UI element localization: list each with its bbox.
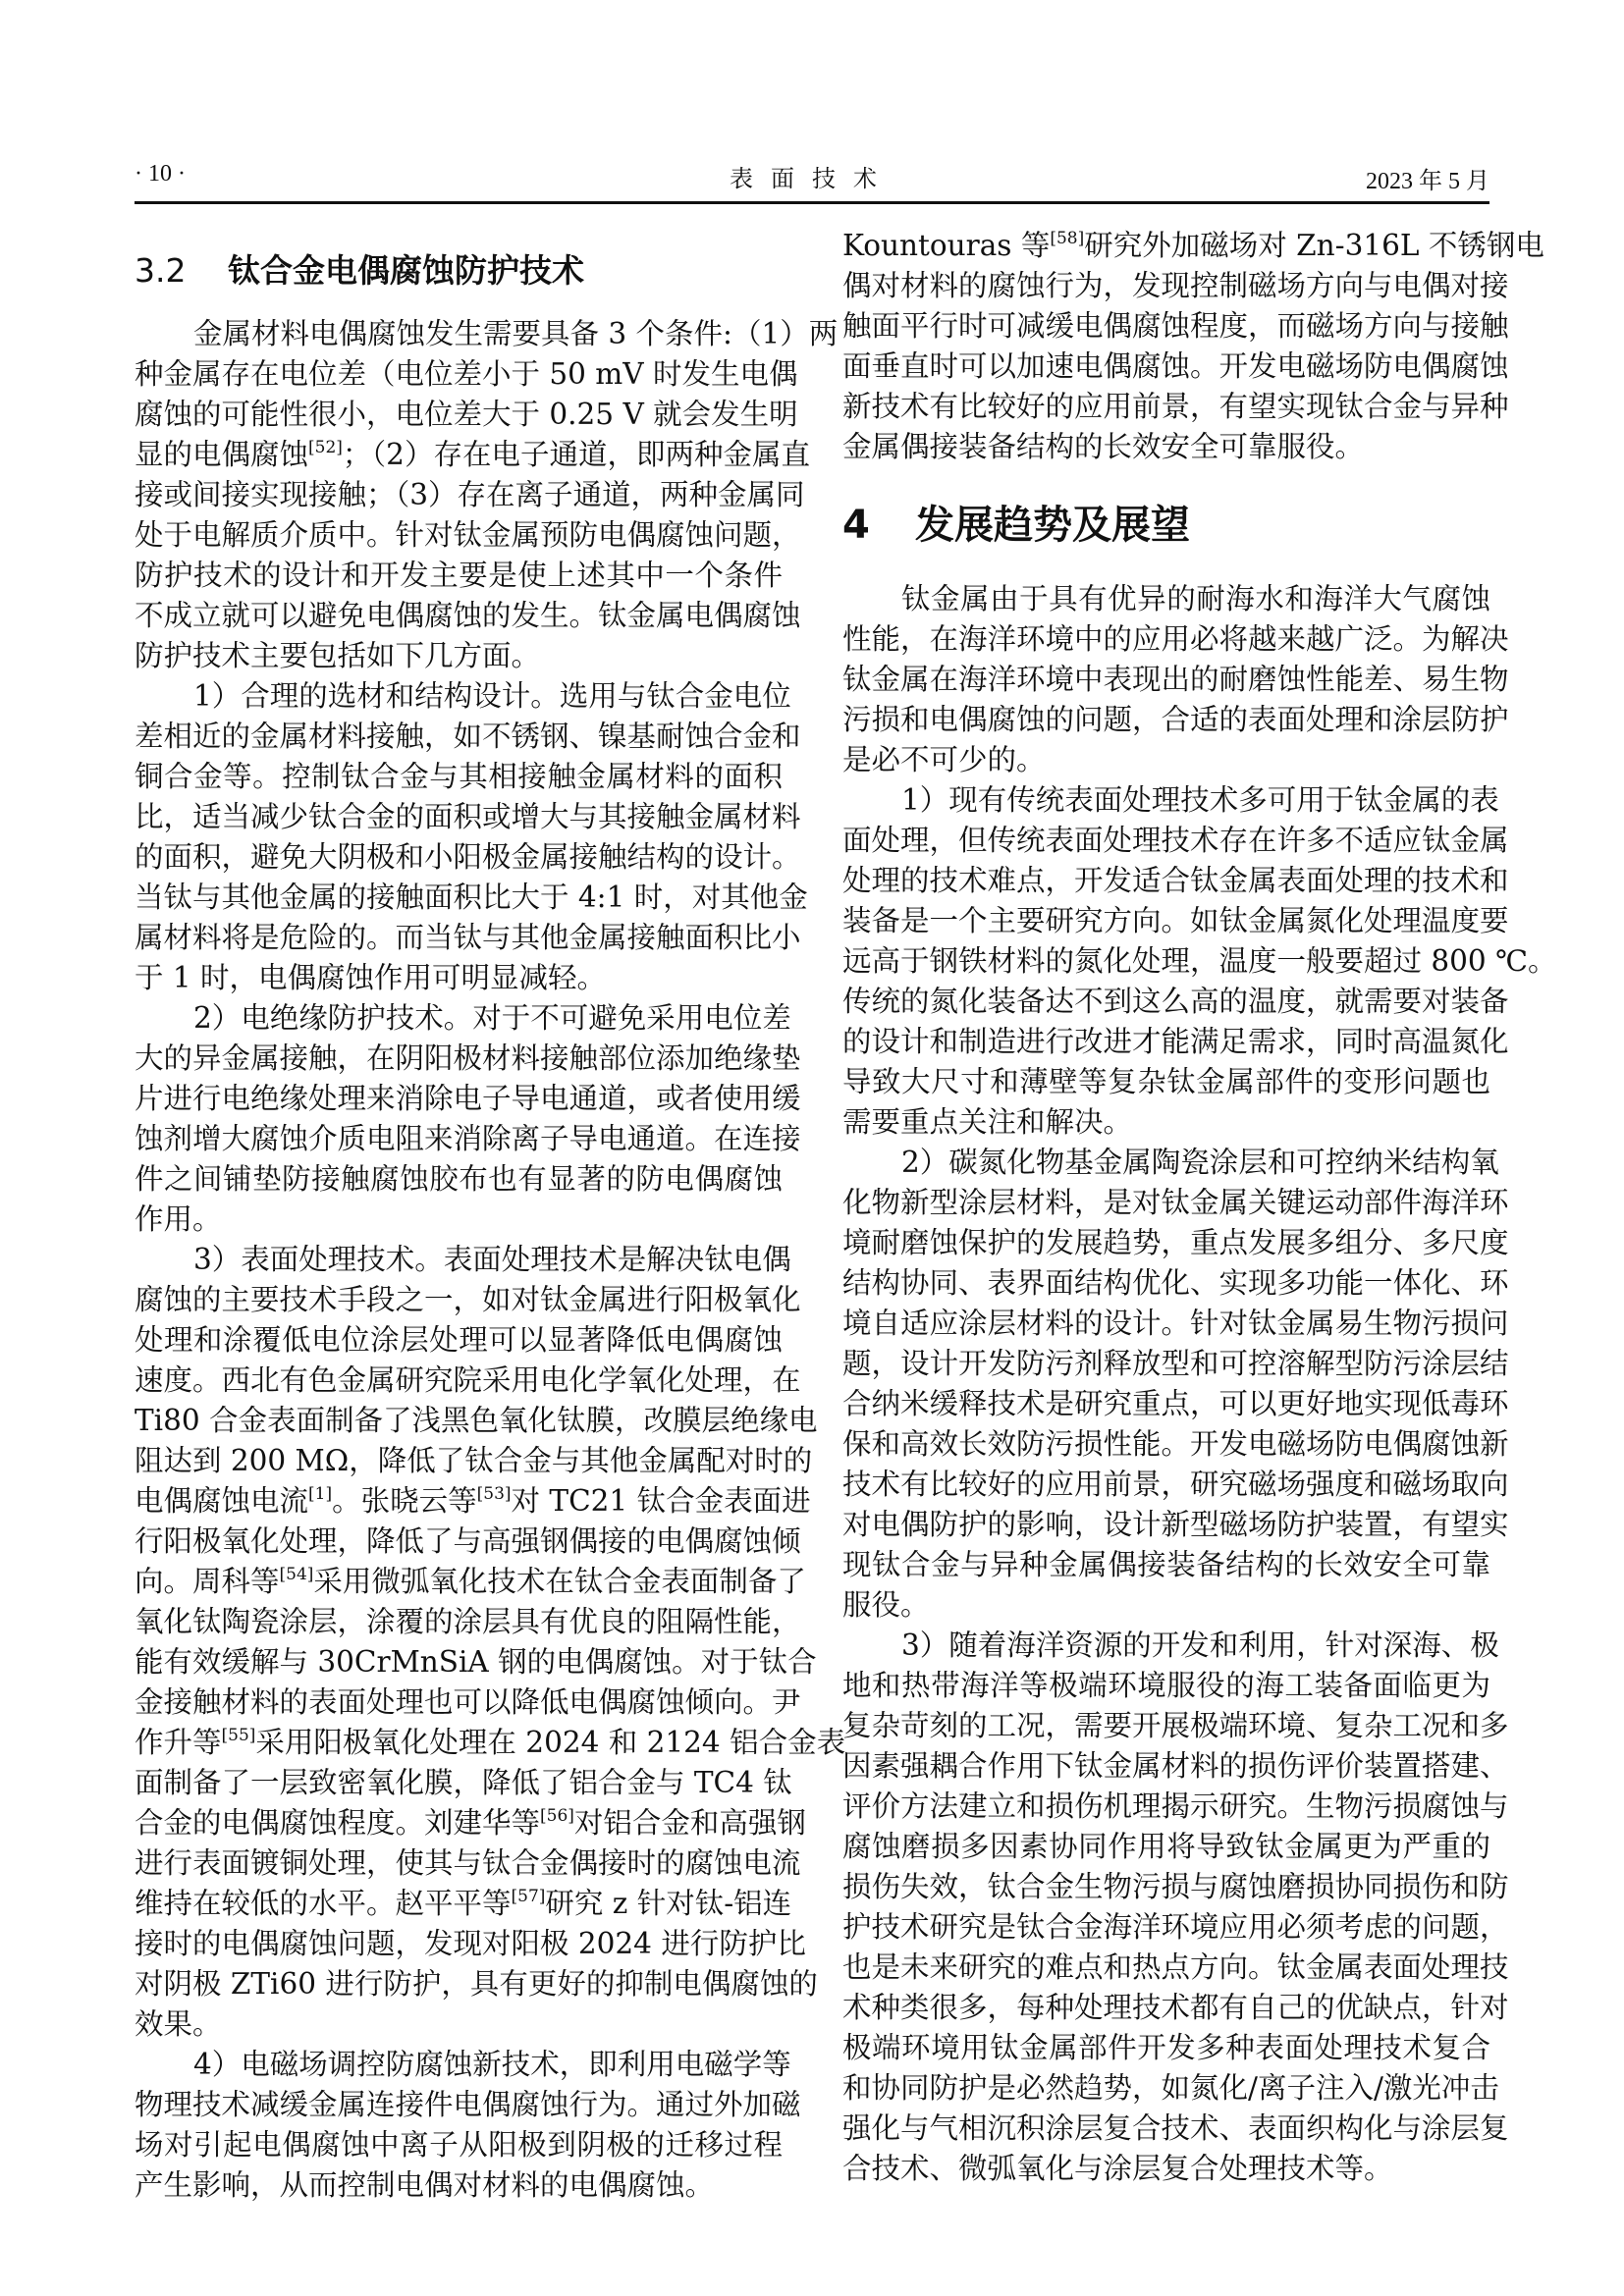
text-line: 作用。 [135,1200,783,1240]
text-line: 偶对材料的腐蚀行为，发现控制磁场方向与电偶对接 [842,266,1490,306]
text-line: 题，设计开发防污剂释放型和可控溶解型防污涂层结 [842,1344,1490,1384]
text-line: 比，适当减少钛合金的面积或增大与其接触金属材料 [135,797,783,837]
text-line: 也是未来研究的难点和热点方向。钛金属表面处理技 [842,1948,1490,1988]
text-line: 向。周科等[54]采用微弧氧化技术在钛合金表面制备了 [135,1562,783,1602]
text-line: 金接触材料的表面处理也可以降低电偶腐蚀倾向。尹 [135,1682,783,1723]
text-line: 损伤失效，钛合金生物污损与腐蚀磨损协同损伤和防 [842,1867,1490,1907]
citation-ref[interactable]: [53] [477,1484,512,1504]
text-line: 极端环境用钛金属部件开发多种表面处理技术复合 [842,2028,1490,2068]
text-line: 维持在较低的水平。赵平平等[57]研究 z 针对钛-铝连 [135,1884,783,1924]
text-line: 处理和涂覆低电位涂层处理可以显著降低电偶腐蚀 [135,1320,783,1361]
section-heading-4: 4发展趋势及展望 [842,494,1190,550]
text-line: 服役。 [842,1585,1490,1626]
section-heading-3-2: 3.2钛合金电偶腐蚀防护技术 [135,245,584,292]
text-line: 大的异金属接触，在阴阳极材料接触部位添加绝缘垫 [135,1039,783,1079]
text-line: 境自适应涂层材料的设计。针对钛金属易生物污损问 [842,1304,1490,1344]
text-line: 化物新型涂层材料，是对钛金属关键运动部件海洋环 [842,1183,1490,1223]
text-line: 金属偶接装备结构的长效安全可靠服役。 [842,427,1490,467]
text-line: 污损和电偶腐蚀的问题，合适的表面处理和涂层防护 [842,700,1490,740]
text-line: 件之间铺垫防接触腐蚀胶布也有显著的防电偶腐蚀 [135,1159,783,1200]
text-line: 钛金属在海洋环境中表现出的耐磨蚀性能差、易生物 [842,660,1490,700]
text-line: 面处理，但传统表面处理技术存在许多不适应钛金属 [842,821,1490,861]
text-line: 地和热带海洋等极端环境服役的海工装备面临更为 [842,1666,1490,1706]
text-line: Ti80 合金表面制备了浅黑色氧化钛膜，改膜层绝缘电 [135,1401,783,1441]
running-header: · 10 · 表面技术 2023 年 5 月 [135,157,1489,196]
text-line: 性能，在海洋环境中的应用必将越来越广泛。为解决 [842,619,1490,660]
text-line: 氧化钛陶瓷涂层，涂覆的涂层具有优良的阻隔性能， [135,1602,783,1642]
text-line: 不成立就可以避免电偶腐蚀的发生。钛金属电偶腐蚀 [135,596,783,636]
text-line: 的设计和制造进行改进才能满足需求，同时高温氮化 [842,1022,1490,1062]
text-line: 处理的技术难点，开发适合钛金属表面处理的技术和 [842,861,1490,901]
citation-ref[interactable]: [55] [222,1726,256,1745]
text-line: 和协同防护是必然趋势，如氮化/离子注入/激光冲击 [842,2068,1490,2109]
section-title: 钛合金电偶腐蚀防护技术 [228,251,584,290]
citation-ref[interactable]: [52] [308,438,343,457]
text-line: 装备是一个主要研究方向。如钛金属氮化处理温度要 [842,901,1490,941]
text-line: 当钛与其他金属的接触面积比大于 4:1 时，对其他金 [135,878,783,918]
text-line: 腐蚀的主要技术手段之一，如对钛金属进行阳极氧化 [135,1280,783,1320]
text-line: 进行表面镀铜处理，使其与钛合金偶接时的腐蚀电流 [135,1843,783,1884]
text-line: 术种类很多，每种处理技术都有自己的优缺点，针对 [842,1988,1490,2028]
citation-ref[interactable]: [56] [540,1806,574,1826]
text-line: 传统的氮化装备达不到这么高的温度，就需要对装备 [842,982,1490,1022]
journal-title: 表面技术 [135,159,1489,193]
text-line: 腐蚀磨损多因素协同作用将导致钛金属更为严重的 [842,1827,1490,1867]
text-line: 钛金属由于具有优异的耐海水和海洋大气腐蚀 [842,579,1490,619]
text-line: 片进行电绝缘处理来消除电子导电通道，或者使用缓 [135,1079,783,1119]
text-line: 技术有比较好的应用前景，研究磁场强度和磁场取向 [842,1465,1490,1505]
text-line: 防护技术的设计和开发主要是使上述其中一个条件 [135,556,783,596]
citation-ref[interactable]: [1] [308,1484,332,1504]
text-line: 导致大尺寸和薄壁等复杂钛金属部件的变形问题也 [842,1062,1490,1102]
text-line: 防护技术主要包括如下几方面。 [135,636,783,676]
text-line: 作升等[55]采用阳极氧化处理在 2024 和 2124 铝合金表 [135,1723,783,1763]
text-line: 电偶腐蚀电流[1]。张晓云等[53]对 TC21 钛合金表面进 [135,1481,783,1522]
text-line: 效果。 [135,2004,783,2045]
text-line: 接或间接实现接触；（3）存在离子通道，两种金属同 [135,475,783,515]
text-line: 蚀剂增大腐蚀介质电阻来消除离子导电通道。在连接 [135,1119,783,1159]
text-line: 1）现有传统表面处理技术多可用于钛金属的表 [842,780,1490,821]
text-line: Kountouras 等[58]研究外加磁场对 Zn-316L 不锈钢电 [842,226,1490,266]
text-line: 境耐磨蚀保护的发展趋势，重点发展多组分、多尺度 [842,1223,1490,1263]
section-number: 3.2 [135,251,228,290]
text-line: 产生影响，从而控制电偶对材料的电偶腐蚀。 [135,2165,783,2206]
text-line: 于 1 时，电偶腐蚀作用可明显减轻。 [135,958,783,998]
text-line: 合技术、微弧氧化与涂层复合处理技术等。 [842,2149,1490,2189]
text-line: 因素强耦合作用下钛金属材料的损伤评价装置搭建、 [842,1746,1490,1787]
text-line: 1）合理的选材和结构设计。选用与钛合金电位 [135,676,783,717]
text-line: 对阴极 ZTi60 进行防护，具有更好的抑制电偶腐蚀的 [135,1964,783,2004]
text-line: 行阳极氧化处理，降低了与高强钢偶接的电偶腐蚀倾 [135,1522,783,1562]
text-line: 的面积，避免大阴极和小阳极金属接触结构的设计。 [135,837,783,878]
section-number: 4 [842,503,915,548]
text-line: 能有效缓解与 30CrMnSiA 钢的电偶腐蚀。对于钛合 [135,1642,783,1682]
section-title: 发展趋势及展望 [915,503,1190,548]
text-line: 保和高效长效防污损性能。开发电磁场防电偶腐蚀新 [842,1424,1490,1465]
text-line: 物理技术减缓金属连接件电偶腐蚀行为。通过外加磁 [135,2085,783,2125]
issue-date: 2023 年 5 月 [1366,161,1489,195]
text-line: 现钛合金与异种金属偶接装备结构的长效安全可靠 [842,1545,1490,1585]
text-line: 是必不可少的。 [842,740,1490,780]
text-line: 2）碳氮化物基金属陶瓷涂层和可控纳米结构氧 [842,1143,1490,1183]
text-line: 处于电解质介质中。针对钛金属预防电偶腐蚀问题， [135,515,783,556]
citation-ref[interactable]: [58] [1050,229,1084,248]
text-line: 结构协同、表界面结构优化、实现多功能一体化、环 [842,1263,1490,1304]
text-line: 需要重点关注和解决。 [842,1102,1490,1143]
citation-ref[interactable]: [54] [280,1565,314,1584]
text-line: 腐蚀的可能性很小，电位差大于 0.25 V 就会发生明 [135,395,783,435]
text-line: 差相近的金属材料接触，如不锈钢、镍基耐蚀合金和 [135,717,783,757]
text-line: 对电偶防护的影响，设计新型磁场防护装置，有望实 [842,1505,1490,1545]
text-line: 4）电磁场调控防腐蚀新技术，即利用电磁学等 [135,2045,783,2085]
text-line: 接时的电偶腐蚀问题，发现对阳极 2024 进行防护比 [135,1924,783,1964]
text-line: 属材料将是危险的。而当钛与其他金属接触面积比小 [135,918,783,958]
text-line: 远高于钢铁材料的氮化处理，温度一般要超过 800 ℃。 [842,941,1490,982]
text-line: 2）电绝缘防护技术。对于不可避免采用电位差 [135,998,783,1039]
text-line: 面垂直时可以加速电偶腐蚀。开发电磁场防电偶腐蚀 [842,347,1490,387]
text-line: 铜合金等。控制钛合金与其相接触金属材料的面积 [135,757,783,797]
text-line: 速度。西北有色金属研究院采用电化学氧化处理，在 [135,1361,783,1401]
text-line: 复杂苛刻的工况，需要开展极端环境、复杂工况和多 [842,1706,1490,1746]
text-line: 场对引起电偶腐蚀中离子从阳极到阴极的迁移过程 [135,2125,783,2165]
text-line: 显的电偶腐蚀[52]；（2）存在电子通道，即两种金属直 [135,435,783,475]
text-line: 面制备了一层致密氧化膜，降低了铝合金与 TC4 钛 [135,1763,783,1803]
text-line: 种金属存在电位差（电位差小于 50 mV 时发生电偶 [135,354,783,395]
text-line: 金属材料电偶腐蚀发生需要具备 3 个条件:（1）两 [135,314,783,354]
text-line: 阻达到 200 MΩ，降低了钛合金与其他金属配对时的 [135,1441,783,1481]
text-line: 强化与气相沉积涂层复合技术、表面织构化与涂层复 [842,2109,1490,2149]
text-line: 护技术研究是钛合金海洋环境应用必须考虑的问题， [842,1907,1490,1948]
citation-ref[interactable]: [57] [512,1887,546,1906]
text-line: 合金的电偶腐蚀程度。刘建华等[56]对铝合金和高强钢 [135,1803,783,1843]
text-line: 3）表面处理技术。表面处理技术是解决钛电偶 [135,1240,783,1280]
text-line: 合纳米缓释技术是研究重点，可以更好地实现低毒环 [842,1384,1490,1424]
text-line: 新技术有比较好的应用前景，有望实现钛合金与异种 [842,387,1490,427]
text-line: 3）随着海洋资源的开发和利用，针对深海、极 [842,1626,1490,1666]
header-rule [135,201,1489,204]
text-line: 触面平行时可减缓电偶腐蚀程度，而磁场方向与接触 [842,306,1490,347]
text-line: 评价方法建立和损伤机理揭示研究。生物污损腐蚀与 [842,1787,1490,1827]
